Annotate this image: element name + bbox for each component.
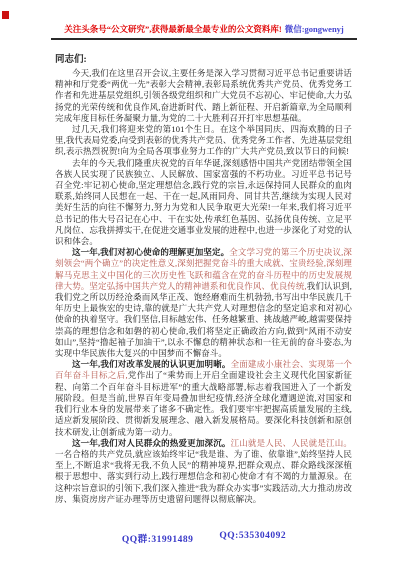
document-page: 关注头条号“公文研究”,获得最新最全最专业的公文资料库!微信:gongwenyj… [0,0,408,580]
paragraph-segment-red: 江山就是人民、人民就是江山。 [231,438,352,448]
paragraphs: 今天,我们在这里召开会议,主要任务是深入学习贯彻习近平总书记重要讲话精神和厅党委… [55,68,352,505]
paragraph-segment-normal: 去年的今天,我们隆重庆祝党的百年华诞,深刻感悟中国共产党团结带领全国各族人民实现… [55,158,352,246]
red-corner-mark [2,11,9,19]
qq-group-text: QQ群:31991489 [122,531,193,545]
paragraph-segment-normal: 一名合格的共产党员,就应该始终牢记“我是谁、为了谁、依靠谁”,始终坚持人民至上,… [55,449,352,504]
paragraph: 今天,我们在这里召开会议,主要任务是深入学习贯彻习近平总书记重要讲话精神和厅党委… [55,68,352,124]
promo-header-text: 关注头条号“公文研究”,获得最新最全最专业的公文资料库! [64,24,281,34]
paragraph-segment-bold: 这一年,我们对改革发展的认识更加明晰。 [72,359,231,369]
promo-header: 关注头条号“公文研究”,获得最新最全最专业的公文资料库!微信:gongwenyj [51,24,357,40]
document-body: 同志们: 今天,我们在这里召开会议,主要任务是深入学习贯彻习近平总书记重要讲话精… [55,54,352,505]
qq-number-text: QQ:535304092 [219,531,286,545]
paragraph-segment-bold: 这一年,我们对人民群众的热爱更加深沉。 [72,438,231,448]
paragraph: 过几天,我们将迎来党的第101个生日。在这个举国同庆、四海欢腾的日子里,我代表局… [55,124,352,158]
paragraph: 这一年,我们对改革发展的认识更加明晰。全面建成小康社会、实现第一个百年奋斗目标之… [55,359,352,437]
paragraph: 去年的今天,我们隆重庆祝党的百年华诞,深刻感悟中国共产党团结带领全国各族人民实现… [55,158,352,248]
wechat-id-text: 微信:gongwenyj [285,24,344,34]
paragraph-segment-bold: 这一年,我们对初心使命的理解更加坚定。 [72,247,229,257]
paragraph-segment-normal: 过几天,我们将迎来党的第101个生日。在这个举国同庆、四海欢腾的日子里,我代表局… [55,124,352,156]
salutation: 同志们: [55,54,352,66]
promo-footer: QQ群:31991489 QQ:535304092 [0,531,408,545]
paragraph: 这一年,我们对人民群众的热爱更加深沉。江山就是人民、人民就是江山。一名合格的共产… [55,438,352,505]
paragraph: 这一年,我们对初心使命的理解更加坚定。全文学习党的第三个历史决议,深刻领会“两个… [55,247,352,359]
paragraph-segment-normal: 今天,我们在这里召开会议,主要任务是深入学习贯彻习近平总书记重要讲话精神和厅党委… [55,68,352,123]
paragraph-segment-normal: 我们认识到,我们党之所以历经沧桑而风华正茂、饱经磨难而生机勃勃,书写出中华民族几… [55,281,352,358]
